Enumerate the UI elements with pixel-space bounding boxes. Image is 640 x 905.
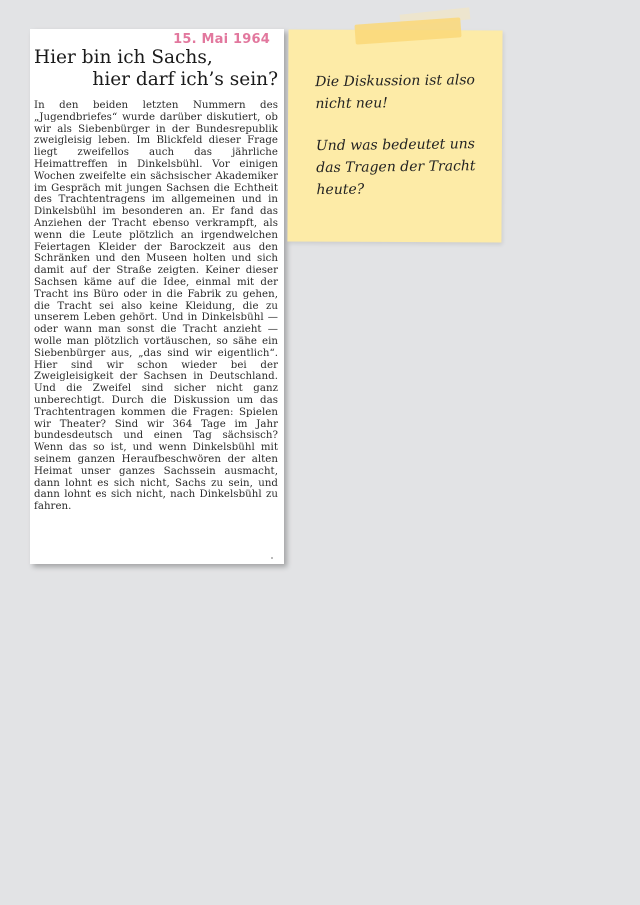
- clipping-date: 15. Mai 1964: [173, 32, 270, 47]
- clipping-headline: Hier bin ich Sachs, hier darf ich’s sein…: [34, 47, 280, 91]
- headline-line-1: Hier bin ich Sachs,: [34, 47, 280, 69]
- headline-line-2: hier darf ich’s sein?: [34, 69, 280, 91]
- print-mark: [271, 557, 273, 559]
- clipping-body-text: In den beiden letzten Nummern des „Jugen…: [34, 100, 278, 513]
- newspaper-clipping: 15. Mai 1964 Hier bin ich Sachs, hier da…: [30, 29, 284, 564]
- note-paragraph-1: Die Diskussion ist also nicht neu!: [315, 69, 496, 115]
- sticky-note: Die Diskussion ist also nicht neu! Und w…: [287, 29, 502, 242]
- sticky-note-text: Die Diskussion ist also nicht neu! Und w…: [315, 69, 497, 221]
- note-paragraph-2: Und was bedeutet uns das Tragen der Trac…: [316, 133, 497, 201]
